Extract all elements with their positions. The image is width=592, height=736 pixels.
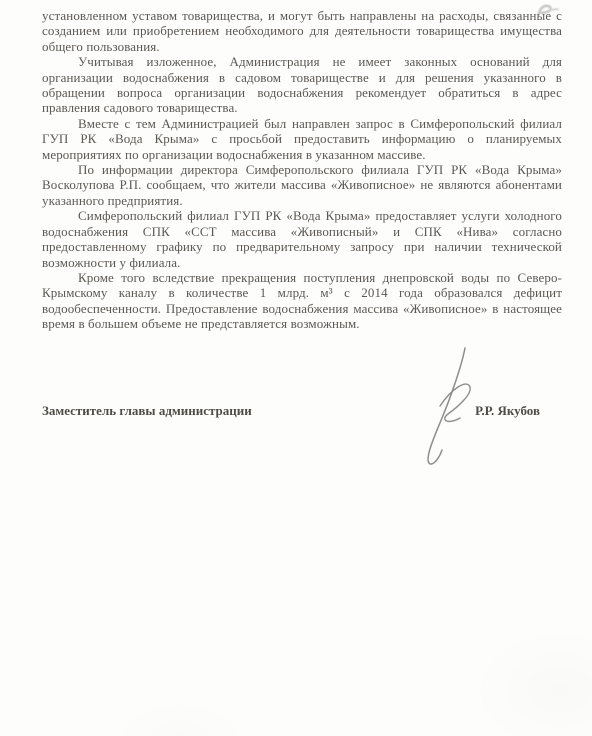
signoff-name: Р.Р. Якубов xyxy=(475,403,562,419)
body-paragraph: Вместе с тем Администрацией был направле… xyxy=(42,116,562,162)
body-paragraph: По информации директора Симферопольского… xyxy=(42,162,562,208)
document-page: установленном уставом товарищества, и мо… xyxy=(0,0,592,736)
body-paragraph: Симферопольский филиал ГУП РК «Вода Крым… xyxy=(42,208,562,270)
body-paragraph: Учитывая изложенное, Администрация не им… xyxy=(42,54,562,116)
signoff-title: Заместитель главы администрации xyxy=(42,403,252,419)
signoff-row: Заместитель главы администрации Р.Р. Яку… xyxy=(42,403,562,419)
body-paragraph: установленном уставом товарищества, и мо… xyxy=(42,8,562,54)
letter-body: установленном уставом товарищества, и мо… xyxy=(42,8,562,332)
body-paragraph: Кроме того вследствие прекращения поступ… xyxy=(42,270,562,332)
